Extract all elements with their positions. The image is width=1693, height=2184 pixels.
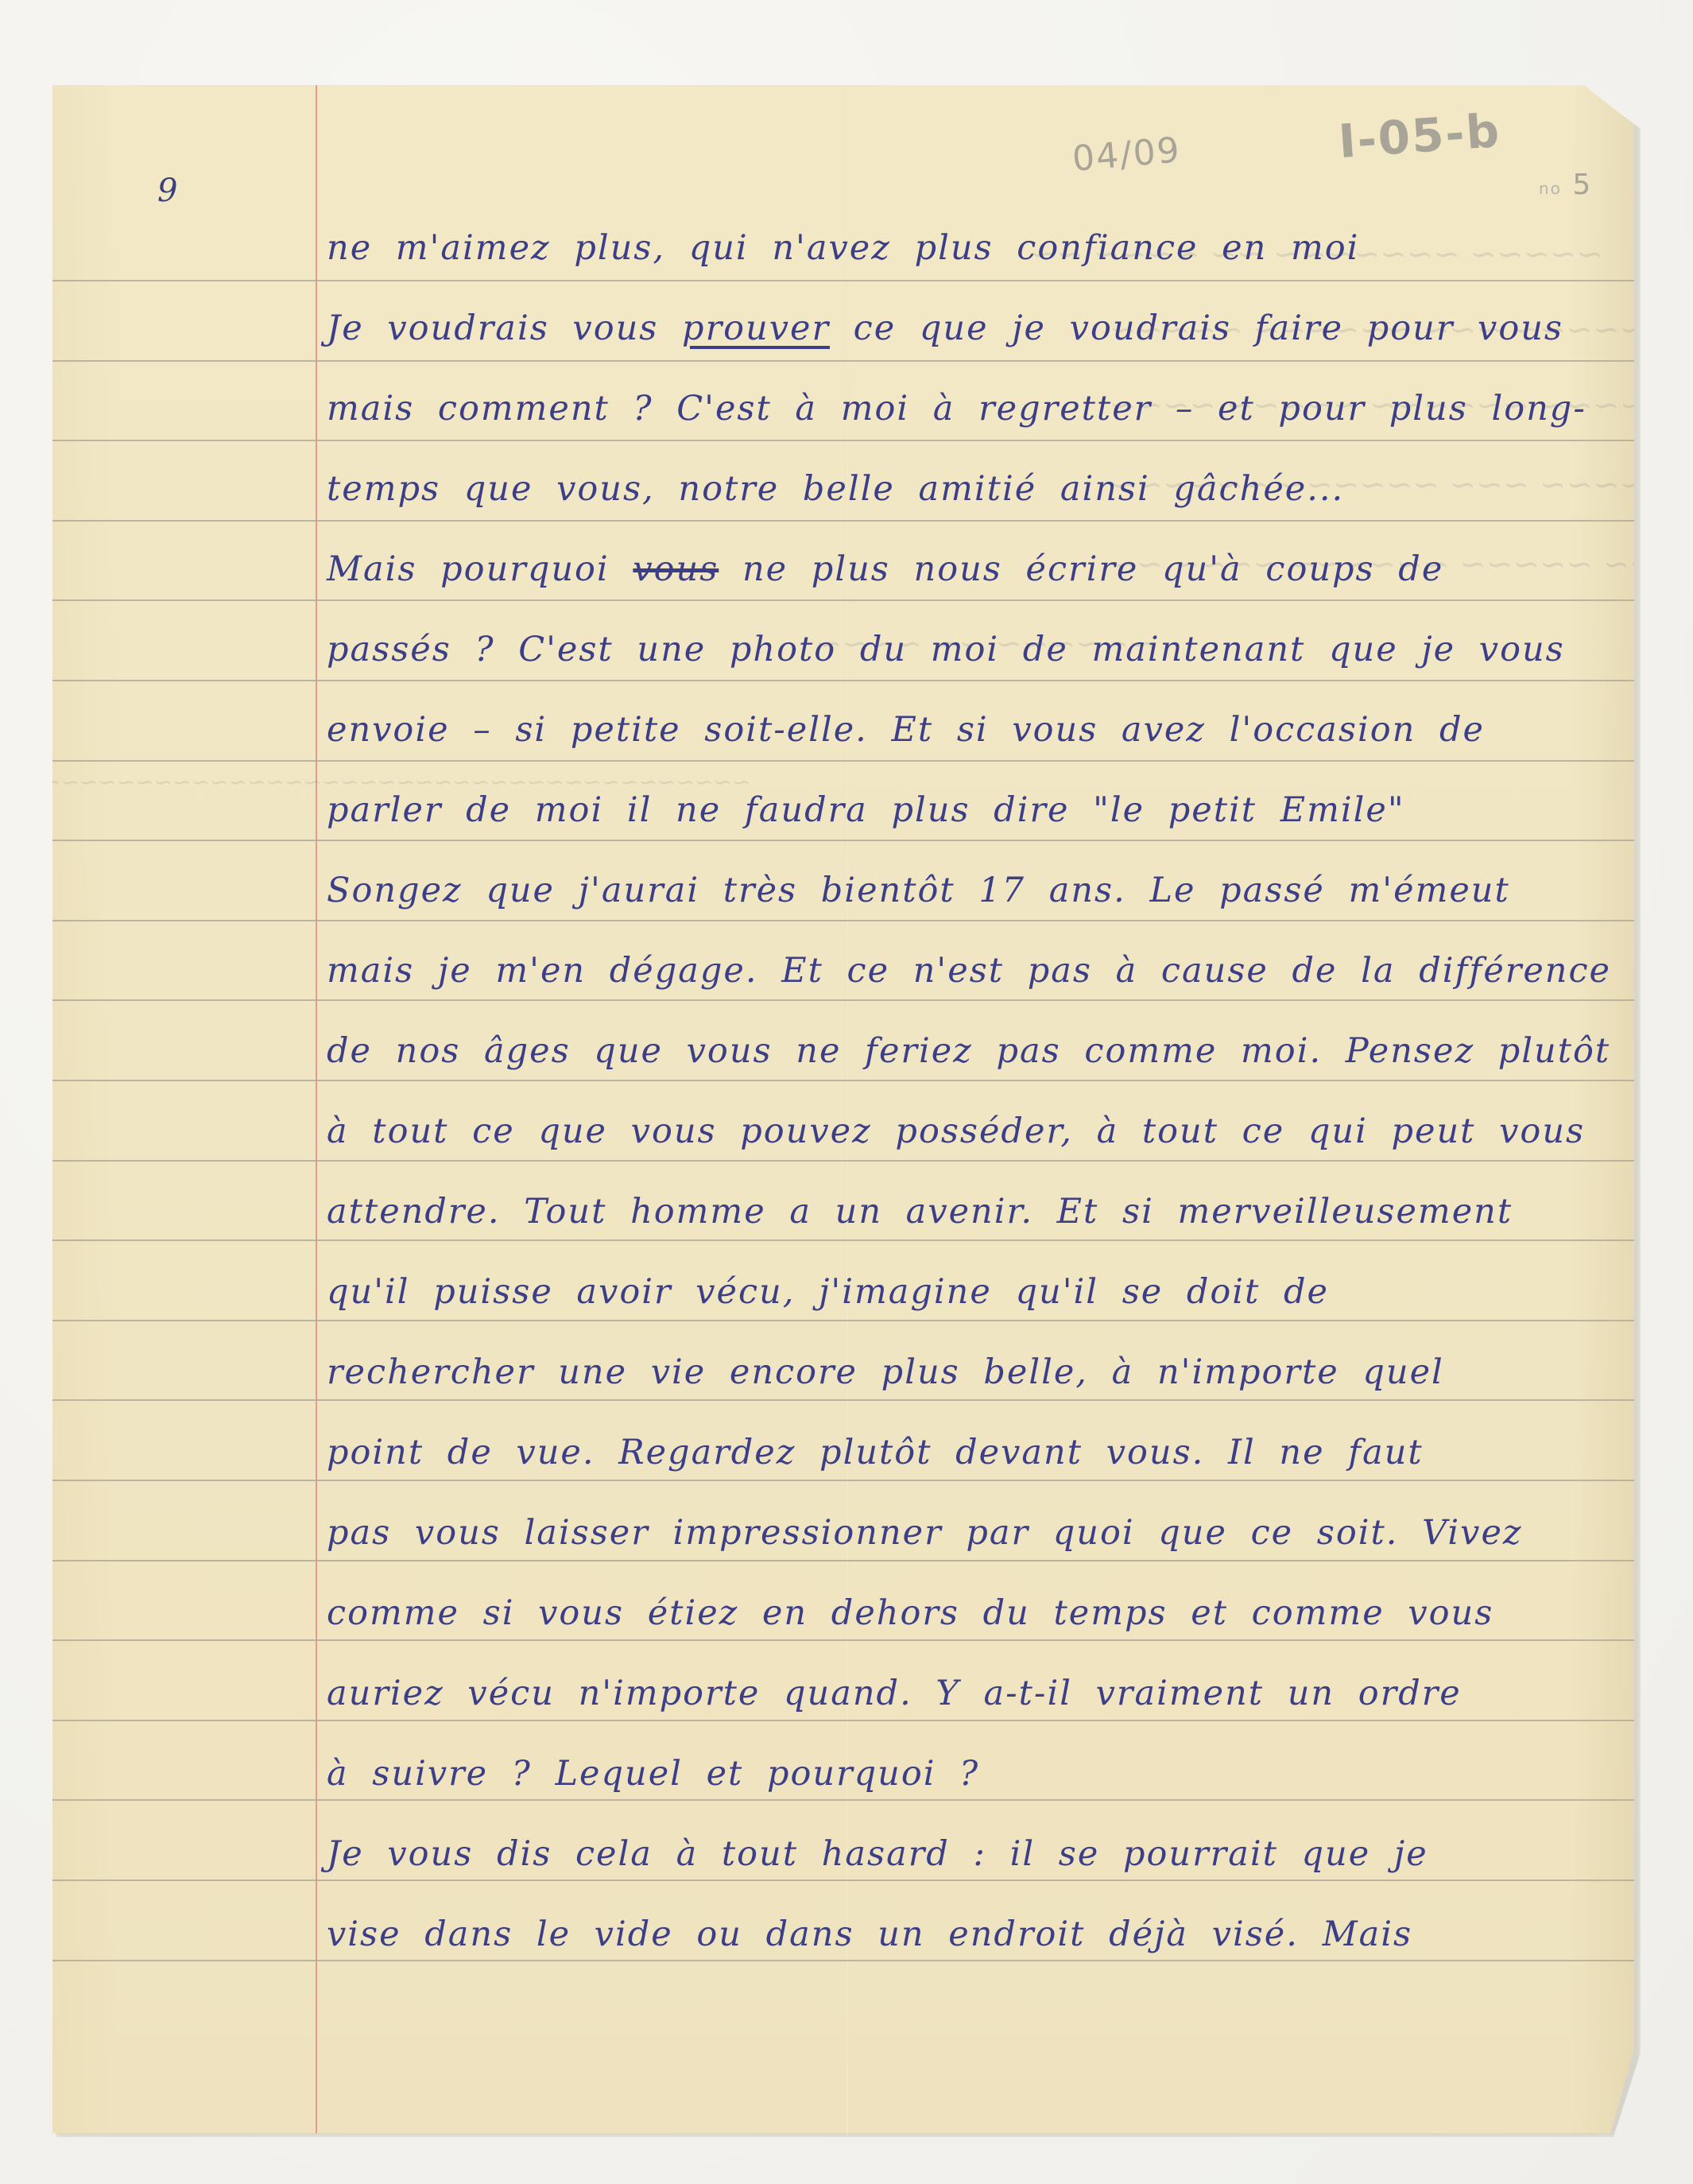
archive-item-prefix: no [1539,179,1562,198]
letter-line: de nos âges que vous ne feriez pas comme… [327,1031,1610,1095]
line-text: ce que je voudrais faire pour vous [830,308,1563,348]
letter-line: envoie – si petite soit-elle. Et si vous… [327,710,1485,774]
struck-out-word: vous [633,549,719,589]
letter-line: vise dans le vide ou dans un endroit déj… [327,1914,1412,1978]
archive-code-pencil: I-05-b [1337,103,1502,169]
letter-page: 9 04/09 I-05-b no 5 ~~~~~ ~~~~~~~ ~~ ~~~… [52,85,1634,2133]
letter-line: à suivre ? Lequel et pourquoi ? [327,1754,979,1817]
underlined-word: prouver [682,308,830,348]
letter-line: auriez vécu n'importe quand. Y a-t-il vr… [327,1674,1462,1737]
letter-line: mais comment ? C'est à moi à regretter –… [327,389,1586,452]
letter-line: comme si vous étiez en dehors du temps e… [327,1593,1493,1657]
letter-line: Songez que j'aurai très bientôt 17 ans. … [327,871,1510,934]
letter-line: passés ? C'est une photo du moi de maint… [327,630,1565,693]
line-text: Mais pourquoi [327,549,633,589]
archive-item-number: no 5 [1539,169,1592,201]
letter-line: mais je m'en dégage. Et ce n'est pas à c… [327,951,1611,1014]
line-text: Je voudrais vous [327,308,682,348]
red-margin-line [316,85,317,2133]
archive-item-value: 5 [1572,169,1592,201]
letter-line: pas vous laisser impressionner par quoi … [327,1513,1523,1577]
letter-line: Je voudrais vous prouver ce que je voudr… [327,308,1563,372]
letter-line: qu'il puisse avoir vécu, j'imagine qu'il… [327,1272,1329,1336]
letter-line: parler de moi il ne faudra plus dire "le… [327,790,1405,854]
letter-line: à tout ce que vous pouvez posséder, à to… [327,1111,1585,1175]
letter-line: Je vous dis cela à tout hasard : il se p… [327,1834,1428,1898]
line-text: ne plus nous écrire qu'à coups de [719,549,1443,589]
letter-line: ne m'aimez plus, qui n'avez plus confian… [327,228,1359,292]
letter-line: temps que vous, notre belle amitié ainsi… [327,469,1344,533]
letter-line: attendre. Tout homme a un avenir. Et si … [327,1192,1513,1255]
page-number: 9 [157,173,177,209]
letter-line: point de vue. Regardez plutôt devant vou… [327,1433,1424,1496]
letter-line: rechercher une vie encore plus belle, à … [327,1352,1444,1416]
archive-date-pencil: 04/09 [1071,130,1183,180]
letter-line: Mais pourquoi vous ne plus nous écrire q… [327,549,1443,613]
